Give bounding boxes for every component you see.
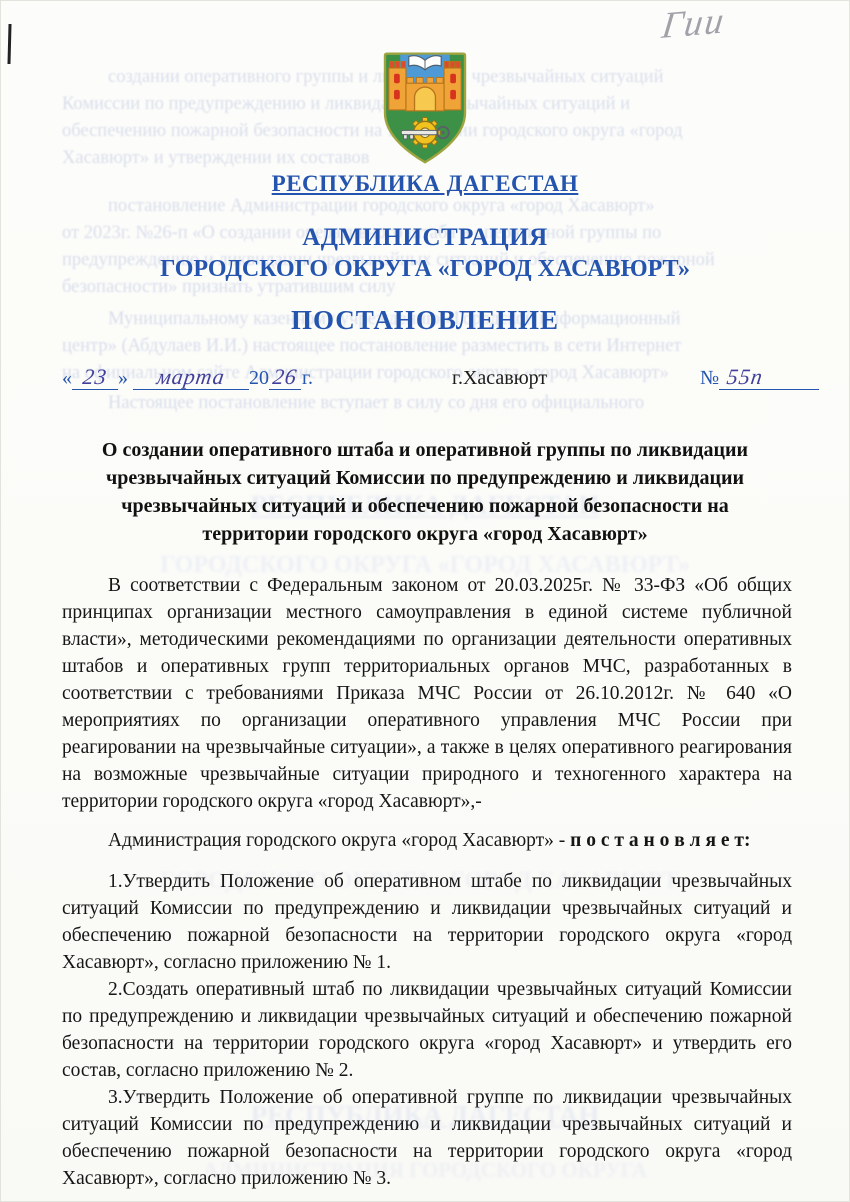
resolution-items: 1.Утвердить Положение об оперативном шта… — [62, 868, 792, 1192]
resolution-item-1: 1.Утвердить Положение об оперативном шта… — [62, 868, 792, 976]
handwritten-day: 23 — [81, 366, 108, 388]
administration-heading-line2: ГОРОДСКОГО ОКРУГА «ГОРОД ХАСАВЮРТ» — [0, 256, 850, 283]
document-type-heading: ПОСТАНОВЛЕНИЕ — [0, 305, 850, 336]
handwritten-number: 55п — [726, 366, 765, 388]
city-label: г.Хасавюрт — [452, 367, 547, 390]
resolution-lead: Администрация городского округа «город Х… — [108, 830, 570, 851]
resolution-item-3: 3.Утвердить Положение об оперативной гру… — [62, 1084, 792, 1192]
title-line: О создании оперативного штаба и оператив… — [95, 436, 755, 464]
quote-close: » — [118, 367, 128, 389]
resolution-item-2: 2.Создать оперативный штаб по ликвидации… — [62, 976, 792, 1084]
scanned-document-page: создании оперативного группы и ликвидаци… — [0, 0, 850, 1202]
document-title: О создании оперативного штаба и оператив… — [95, 436, 755, 548]
handwritten-month: марта — [156, 366, 227, 388]
title-line: чрезвычайных ситуаций Комиссии по предуп… — [95, 464, 755, 492]
coat-of-arms — [0, 0, 850, 168]
preamble-paragraph: В соответствии с Федеральным законом от … — [62, 572, 792, 815]
year-unit: г. — [302, 367, 313, 389]
date-field: «23» марта2026г. — [62, 366, 313, 390]
resolution-line: Администрация городского округа «город Х… — [62, 827, 792, 854]
number-sign: № — [700, 367, 719, 389]
year-prefix: 20 — [249, 367, 269, 389]
title-line: территории городского округа «город Хаса… — [95, 520, 755, 548]
title-line: чрезвычайных ситуаций и обеспечению пожа… — [95, 492, 755, 520]
coat-of-arms-icon — [377, 48, 473, 168]
handwritten-year: 26 — [271, 366, 298, 388]
document-body: В соответствии с Федеральным законом от … — [62, 572, 792, 1192]
republic-heading: РЕСПУБЛИКА ДАГЕСТАН — [0, 171, 850, 197]
resolution-verb: п о с т а н о в л я е т: — [570, 830, 750, 851]
document-number-field: №55п — [700, 366, 819, 390]
administration-heading-line1: АДМИНИСТРАЦИЯ — [0, 224, 850, 252]
date-place-number-line: «23» марта2026г. г.Хасавюрт №55п — [62, 366, 790, 402]
quote-open: « — [62, 367, 72, 389]
